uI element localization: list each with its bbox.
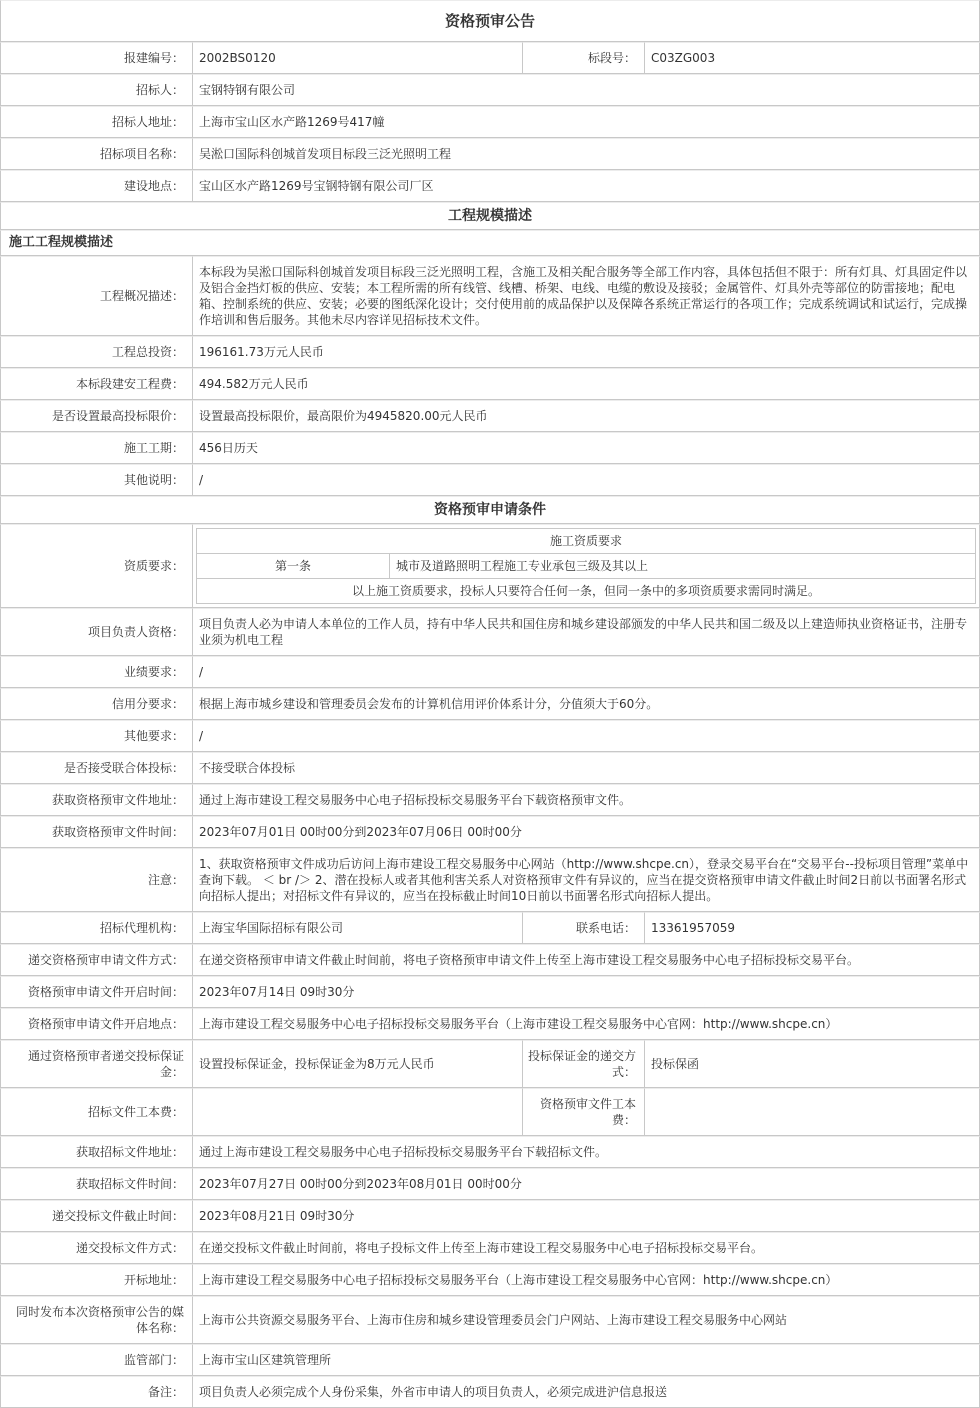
regulator-label: 监管部门： xyxy=(0,1344,193,1376)
tenderee-value: 宝钢特钢有限公司 xyxy=(193,74,980,106)
performance-value: / xyxy=(193,656,980,688)
subsection-header-scale: 施工工程规模描述 xyxy=(0,230,980,256)
other-note-value: / xyxy=(193,464,980,496)
qualification-item-row: 第一条 城市及道路照明工程施工专业承包三级及其以上 xyxy=(197,554,976,579)
row-project-name: 招标项目名称： 吴淞口国际科创城首发项目标段三泛光照明工程 xyxy=(0,138,980,170)
qualification-item-no: 第一条 xyxy=(197,554,390,579)
section-header-prequal: 资格预审申请条件 xyxy=(0,496,980,524)
tenderee-address-value: 上海市宝山区水产路1269号417幢 xyxy=(193,106,980,138)
performance-label: 业绩要求： xyxy=(0,656,193,688)
project-name-label: 招标项目名称： xyxy=(0,138,193,170)
row-bid-opening-place: 开标地址： 上海市建设工程交易服务中心电子招标投标交易服务平台（上海市建设工程交… xyxy=(0,1264,980,1296)
remark-label: 备注： xyxy=(0,1376,193,1408)
row-regulator: 监管部门： 上海市宝山区建筑管理所 xyxy=(0,1344,980,1376)
qualification-table-header: 施工资质要求 xyxy=(197,529,976,554)
duration-value: 456日历天 xyxy=(193,432,980,464)
row-section-cost: 本标段建安工程费： 494.582万元人民币 xyxy=(0,368,980,400)
row-tender-doc-address: 获取招标文件地址： 通过上海市建设工程交易服务中心电子招标投标交易服务平台下载招… xyxy=(0,1136,980,1168)
row-subsection-scale: 施工工程规模描述 xyxy=(0,230,980,256)
row-prequal-open-place: 资格预审申请文件开启地点： 上海市建设工程交易服务中心电子招标投标交易服务平台（… xyxy=(0,1008,980,1040)
row-tender-doc-time: 获取招标文件时间： 2023年07月27日 00时00分到2023年08月01日… xyxy=(0,1168,980,1200)
tender-doc-fee-label: 招标文件工本费： xyxy=(0,1088,193,1136)
section-cost-label: 本标段建安工程费： xyxy=(0,368,193,400)
prequal-submit-method-value: 在递交资格预审申请文件截止时间前，将电子资格预审申请文件上传至上海市建设工程交易… xyxy=(193,944,980,976)
other-requirements-label: 其他要求： xyxy=(0,720,193,752)
qualification-item-text: 城市及道路照明工程施工专业承包三级及其以上 xyxy=(390,554,976,579)
prequalification-announcement-table: 资格预审公告 报建编号： 2002BS0120 标段号： C03ZG003 招标… xyxy=(0,0,980,1408)
tender-doc-address-value: 通过上海市建设工程交易服务中心电子招标投标交易服务平台下载招标文件。 xyxy=(193,1136,980,1168)
row-bid-deadline: 递交投标文件截止时间： 2023年08月21日 09时30分 xyxy=(0,1200,980,1232)
agency-label: 招标代理机构： xyxy=(0,912,193,944)
row-overview: 工程概况描述： 本标段为吴淞口国际科创城首发项目标段三泛光照明工程，含施工及相关… xyxy=(0,256,980,336)
prequal-submit-method-label: 递交资格预审申请文件方式： xyxy=(0,944,193,976)
row-other-note: 其他说明： / xyxy=(0,464,980,496)
report-no-label: 报建编号： xyxy=(0,42,193,74)
bid-deadline-label: 递交投标文件截止时间： xyxy=(0,1200,193,1232)
bid-submit-method-value: 在递交投标文件截止时间前，将电子投标文件上传至上海市建设工程交易服务中心电子招标… xyxy=(193,1232,980,1264)
bid-submit-method-label: 递交投标文件方式： xyxy=(0,1232,193,1264)
tender-doc-fee-value xyxy=(193,1088,523,1136)
total-investment-value: 196161.73万元人民币 xyxy=(193,336,980,368)
row-prequal-doc-time: 获取资格预审文件时间： 2023年07月01日 00时00分到2023年07月0… xyxy=(0,816,980,848)
construction-site-value: 宝山区水产路1269号宝钢特钢有限公司厂区 xyxy=(193,170,980,202)
contact-phone-label: 联系电话： xyxy=(523,912,645,944)
row-section-scale: 工程规模描述 xyxy=(0,202,980,230)
max-price-label: 是否设置最高投标限价： xyxy=(0,400,193,432)
consortium-value: 不接受联合体投标 xyxy=(193,752,980,784)
row-title: 资格预审公告 xyxy=(0,0,980,42)
row-agency: 招标代理机构： 上海宝华国际招标有限公司 联系电话： 13361957059 xyxy=(0,912,980,944)
qualification-footer: 以上施工资质要求，投标人只要符合任何一条，但同一条中的多项资质要求需同时满足。 xyxy=(197,579,976,604)
remark-value: 项目负责人必须完成个人身份采集，外省市申请人的项目负责人，必须完成进沪信息报送 xyxy=(193,1376,980,1408)
page-title: 资格预审公告 xyxy=(0,0,980,42)
credit-score-label: 信用分要求： xyxy=(0,688,193,720)
max-price-value: 设置最高投标限价，最高限价为4945820.00元人民币 xyxy=(193,400,980,432)
row-prequal-submit-method: 递交资格预审申请文件方式： 在递交资格预审申请文件截止时间前，将电子资格预审申请… xyxy=(0,944,980,976)
tender-doc-time-value: 2023年07月27日 00时00分到2023年08月01日 00时00分 xyxy=(193,1168,980,1200)
prequal-doc-fee-label: 资格预审文件工本费： xyxy=(523,1088,645,1136)
credit-score-value: 根据上海市城乡建设和管理委员会发布的计算机信用评价体系计分，分值须大于60分。 xyxy=(193,688,980,720)
tenderee-label: 招标人： xyxy=(0,74,193,106)
row-bid-bond: 通过资格预审者递交投标保证金： 设置投标保证金，投标保证金为8万元人民币 投标保… xyxy=(0,1040,980,1088)
notice-value: 1、获取资格预审文件成功后访问上海市建设工程交易服务中心网站（http://ww… xyxy=(193,848,980,912)
row-performance: 业绩要求： / xyxy=(0,656,980,688)
prequal-doc-fee-value xyxy=(645,1088,980,1136)
bid-opening-place-value: 上海市建设工程交易服务中心电子招标投标交易服务平台（上海市建设工程交易服务中心官… xyxy=(193,1264,980,1296)
overview-label: 工程概况描述： xyxy=(0,256,193,336)
row-consortium: 是否接受联合体投标： 不接受联合体投标 xyxy=(0,752,980,784)
bond-method-value: 投标保函 xyxy=(645,1040,980,1088)
qualification-cell: 施工资质要求 第一条 城市及道路照明工程施工专业承包三级及其以上 以上施工资质要… xyxy=(193,524,980,608)
report-no-value: 2002BS0120 xyxy=(193,42,523,74)
tender-doc-time-label: 获取招标文件时间： xyxy=(0,1168,193,1200)
row-doc-fees: 招标文件工本费： 资格预审文件工本费： xyxy=(0,1088,980,1136)
row-remark: 备注： 项目负责人必须完成个人身份采集，外省市申请人的项目负责人，必须完成进沪信… xyxy=(0,1376,980,1408)
consortium-label: 是否接受联合体投标： xyxy=(0,752,193,784)
qualification-label: 资质要求： xyxy=(0,524,193,608)
media-label: 同时发布本次资格预审公告的媒体名称： xyxy=(0,1296,193,1344)
row-other-requirements: 其他要求： / xyxy=(0,720,980,752)
section-cost-value: 494.582万元人民币 xyxy=(193,368,980,400)
notice-label: 注意： xyxy=(0,848,193,912)
pm-qualification-value: 项目负责人必为申请人本单位的工作人员，持有中华人民共和国住房和城乡建设部颁发的中… xyxy=(193,608,980,656)
construction-site-label: 建设地点： xyxy=(0,170,193,202)
qualification-footer-row: 以上施工资质要求，投标人只要符合任何一条，但同一条中的多项资质要求需同时满足。 xyxy=(197,579,976,604)
regulator-value: 上海市宝山区建筑管理所 xyxy=(193,1344,980,1376)
row-prequal-doc-address: 获取资格预审文件地址： 通过上海市建设工程交易服务中心电子招标投标交易服务平台下… xyxy=(0,784,980,816)
prequal-doc-time-label: 获取资格预审文件时间： xyxy=(0,816,193,848)
bid-opening-place-label: 开标地址： xyxy=(0,1264,193,1296)
row-tenderee-address: 招标人地址： 上海市宝山区水产路1269号417幢 xyxy=(0,106,980,138)
row-duration: 施工工期： 456日历天 xyxy=(0,432,980,464)
row-max-price: 是否设置最高投标限价： 设置最高投标限价，最高限价为4945820.00元人民币 xyxy=(0,400,980,432)
prequal-open-time-value: 2023年07月14日 09时30分 xyxy=(193,976,980,1008)
prequal-open-place-label: 资格预审申请文件开启地点： xyxy=(0,1008,193,1040)
project-name-value: 吴淞口国际科创城首发项目标段三泛光照明工程 xyxy=(193,138,980,170)
section-header-scale: 工程规模描述 xyxy=(0,202,980,230)
lot-no-label: 标段号： xyxy=(523,42,645,74)
row-construction-site: 建设地点： 宝山区水产路1269号宝钢特钢有限公司厂区 xyxy=(0,170,980,202)
other-requirements-value: / xyxy=(193,720,980,752)
bid-bond-value: 设置投标保证金，投标保证金为8万元人民币 xyxy=(193,1040,523,1088)
bond-method-label: 投标保证金的递交方式： xyxy=(523,1040,645,1088)
pm-qualification-label: 项目负责人资格： xyxy=(0,608,193,656)
prequal-open-time-label: 资格预审申请文件开启时间： xyxy=(0,976,193,1008)
row-pm-qualification: 项目负责人资格： 项目负责人必为申请人本单位的工作人员，持有中华人民共和国住房和… xyxy=(0,608,980,656)
tenderee-address-label: 招标人地址： xyxy=(0,106,193,138)
row-section-prequal: 资格预审申请条件 xyxy=(0,496,980,524)
media-value: 上海市公共资源交易服务平台、上海市住房和城乡建设管理委员会门户网站、上海市建设工… xyxy=(193,1296,980,1344)
agency-value: 上海宝华国际招标有限公司 xyxy=(193,912,523,944)
lot-no-value: C03ZG003 xyxy=(645,42,980,74)
prequal-doc-address-label: 获取资格预审文件地址： xyxy=(0,784,193,816)
row-qualification: 资质要求： 施工资质要求 第一条 城市及道路照明工程施工专业承包三级及其以上 以… xyxy=(0,524,980,608)
row-media: 同时发布本次资格预审公告的媒体名称： 上海市公共资源交易服务平台、上海市住房和城… xyxy=(0,1296,980,1344)
prequal-open-place-value: 上海市建设工程交易服务中心电子招标投标交易服务平台（上海市建设工程交易服务中心官… xyxy=(193,1008,980,1040)
row-credit-score: 信用分要求： 根据上海市城乡建设和管理委员会发布的计算机信用评价体系计分，分值须… xyxy=(0,688,980,720)
duration-label: 施工工期： xyxy=(0,432,193,464)
total-investment-label: 工程总投资： xyxy=(0,336,193,368)
row-total-investment: 工程总投资： 196161.73万元人民币 xyxy=(0,336,980,368)
qualification-table: 施工资质要求 第一条 城市及道路照明工程施工专业承包三级及其以上 以上施工资质要… xyxy=(196,528,976,604)
overview-value: 本标段为吴淞口国际科创城首发项目标段三泛光照明工程，含施工及相关配合服务等全部工… xyxy=(193,256,980,336)
prequal-doc-address-value: 通过上海市建设工程交易服务中心电子招标投标交易服务平台下载资格预审文件。 xyxy=(193,784,980,816)
other-note-label: 其他说明： xyxy=(0,464,193,496)
bid-bond-label: 通过资格预审者递交投标保证金： xyxy=(0,1040,193,1088)
bid-deadline-value: 2023年08月21日 09时30分 xyxy=(193,1200,980,1232)
row-bid-submit-method: 递交投标文件方式： 在递交投标文件截止时间前，将电子投标文件上传至上海市建设工程… xyxy=(0,1232,980,1264)
row-notice: 注意： 1、获取资格预审文件成功后访问上海市建设工程交易服务中心网站（http:… xyxy=(0,848,980,912)
tender-doc-address-label: 获取招标文件地址： xyxy=(0,1136,193,1168)
prequal-doc-time-value: 2023年07月01日 00时00分到2023年07月06日 00时00分 xyxy=(193,816,980,848)
row-prequal-open-time: 资格预审申请文件开启时间： 2023年07月14日 09时30分 xyxy=(0,976,980,1008)
row-report-no: 报建编号： 2002BS0120 标段号： C03ZG003 xyxy=(0,42,980,74)
contact-phone-value: 13361957059 xyxy=(645,912,980,944)
qualification-table-header-row: 施工资质要求 xyxy=(197,529,976,554)
row-tenderee: 招标人： 宝钢特钢有限公司 xyxy=(0,74,980,106)
